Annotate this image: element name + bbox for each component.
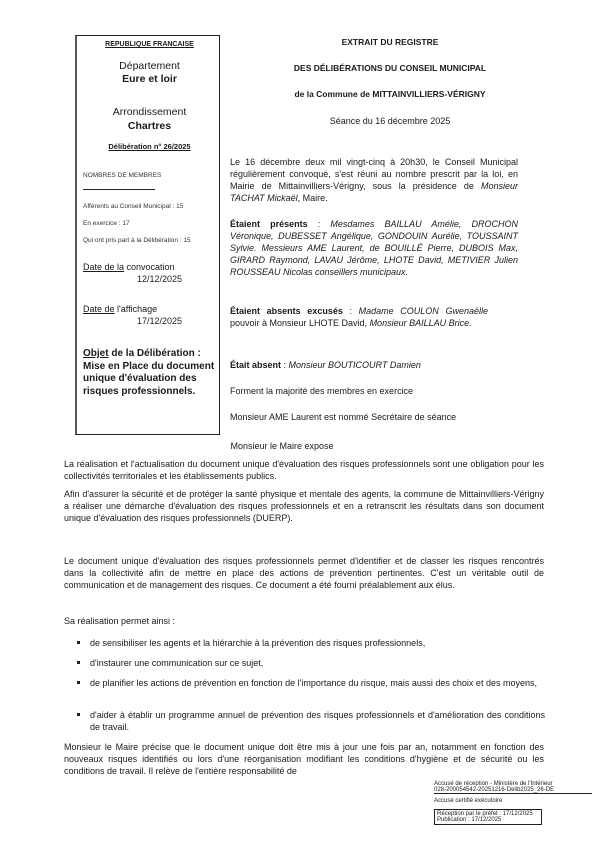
paragraph-2: Afin d'assurer la sécurité et de protége… <box>64 488 544 525</box>
bullet-item: d'aider à établir un programme annuel de… <box>90 709 545 733</box>
expose-heading: Monsieur le Maire expose <box>64 441 500 451</box>
convocation-label: Date de la convocation <box>83 262 175 272</box>
objet: Objet de la Délibération :Mise en Place … <box>83 348 218 398</box>
bullet-icon <box>77 661 80 664</box>
paragraph-3: Le document unique d'évaluation des risq… <box>64 555 544 592</box>
members-divider <box>83 189 155 190</box>
convocation-date: 12/12/2025 <box>97 274 222 284</box>
bullet-item: d'instaurer une communication sur ce suj… <box>90 657 545 669</box>
members-title: NOMBRES DE MEMBRES <box>83 172 161 179</box>
republic-label: REPUBLIQUE FRANCAISE <box>77 41 222 48</box>
secretaire-text: Monsieur AME Laurent est nommé Secrétair… <box>230 411 518 423</box>
seance-date: Séance du 16 décembre 2025 <box>225 116 555 126</box>
affichage-label: Date de l'affichage <box>83 304 157 314</box>
header-info-box: REPUBLIQUE FRANCAISE Département Eure et… <box>75 35 220 435</box>
excuses-paragraph: Étaient absents excusés : Madame COULON … <box>230 305 488 329</box>
bullet-item: de sensibiliser les agents et la hiérarc… <box>90 637 545 649</box>
members-exercice: En exercice : 17 <box>83 220 130 227</box>
department-name: Eure et loir <box>77 73 222 85</box>
bullet-icon <box>77 681 80 684</box>
members-afferents: Afférents au Conseil Municipal : 15 <box>83 203 183 210</box>
deliberations-title: DES DÉLIBÉRATIONS DU CONSEIL MUNICIPAL <box>225 63 555 73</box>
arrondissement-label: Arrondissement <box>77 106 222 118</box>
affichage-date: 17/12/2025 <box>97 316 222 326</box>
bullet-icon <box>77 713 80 716</box>
majorite-text: Forment la majorité des membres en exerc… <box>230 385 518 397</box>
intro-paragraph: Le 16 décembre deux mil vingt-cinq à 20h… <box>230 156 518 204</box>
stamp-ref: 028-200054542-20251216-Delib2025_26-DE <box>434 787 592 794</box>
registre-title: EXTRAIT DU REGISTRE <box>225 37 555 47</box>
stamp-dates: Réception par le préfet : 17/12/2025 Pub… <box>434 809 542 825</box>
arrondissement-name: Chartres <box>77 120 222 132</box>
bullet-item: de planifier les actions de prévention e… <box>90 677 545 689</box>
members-pris-part: Qui ont pris part à la Délibération : 15 <box>83 237 191 244</box>
absent-paragraph: Était absent : Monsieur BOUTICOURT Damie… <box>230 359 518 371</box>
prefecture-stamp: Accusé de réception - Ministère de l'Int… <box>434 781 592 825</box>
deliberation-number: Délibération n° 26/2025 <box>77 142 222 151</box>
objet-text: Mise en Place du document unique d'évalu… <box>83 361 214 397</box>
stamp-publication: Publication : 17/12/2025 <box>437 817 539 823</box>
presents-paragraph: Étaient présents : Mesdames BAILLAU Amél… <box>230 218 518 278</box>
closing-paragraph: Monsieur le Maire précise que le documen… <box>64 741 544 778</box>
stamp-certifie: Accusé certifié exécutoire <box>434 798 592 804</box>
bullet-icon <box>77 641 80 644</box>
paragraph-4: Sa réalisation permet ainsi : <box>64 615 544 627</box>
paragraph-1: La réalisation et l'actualisation du doc… <box>64 458 544 482</box>
commune-title: de la Commune de MITTAINVILLIERS-VÉRIGNY <box>225 89 555 99</box>
department-label: Département <box>77 60 222 72</box>
